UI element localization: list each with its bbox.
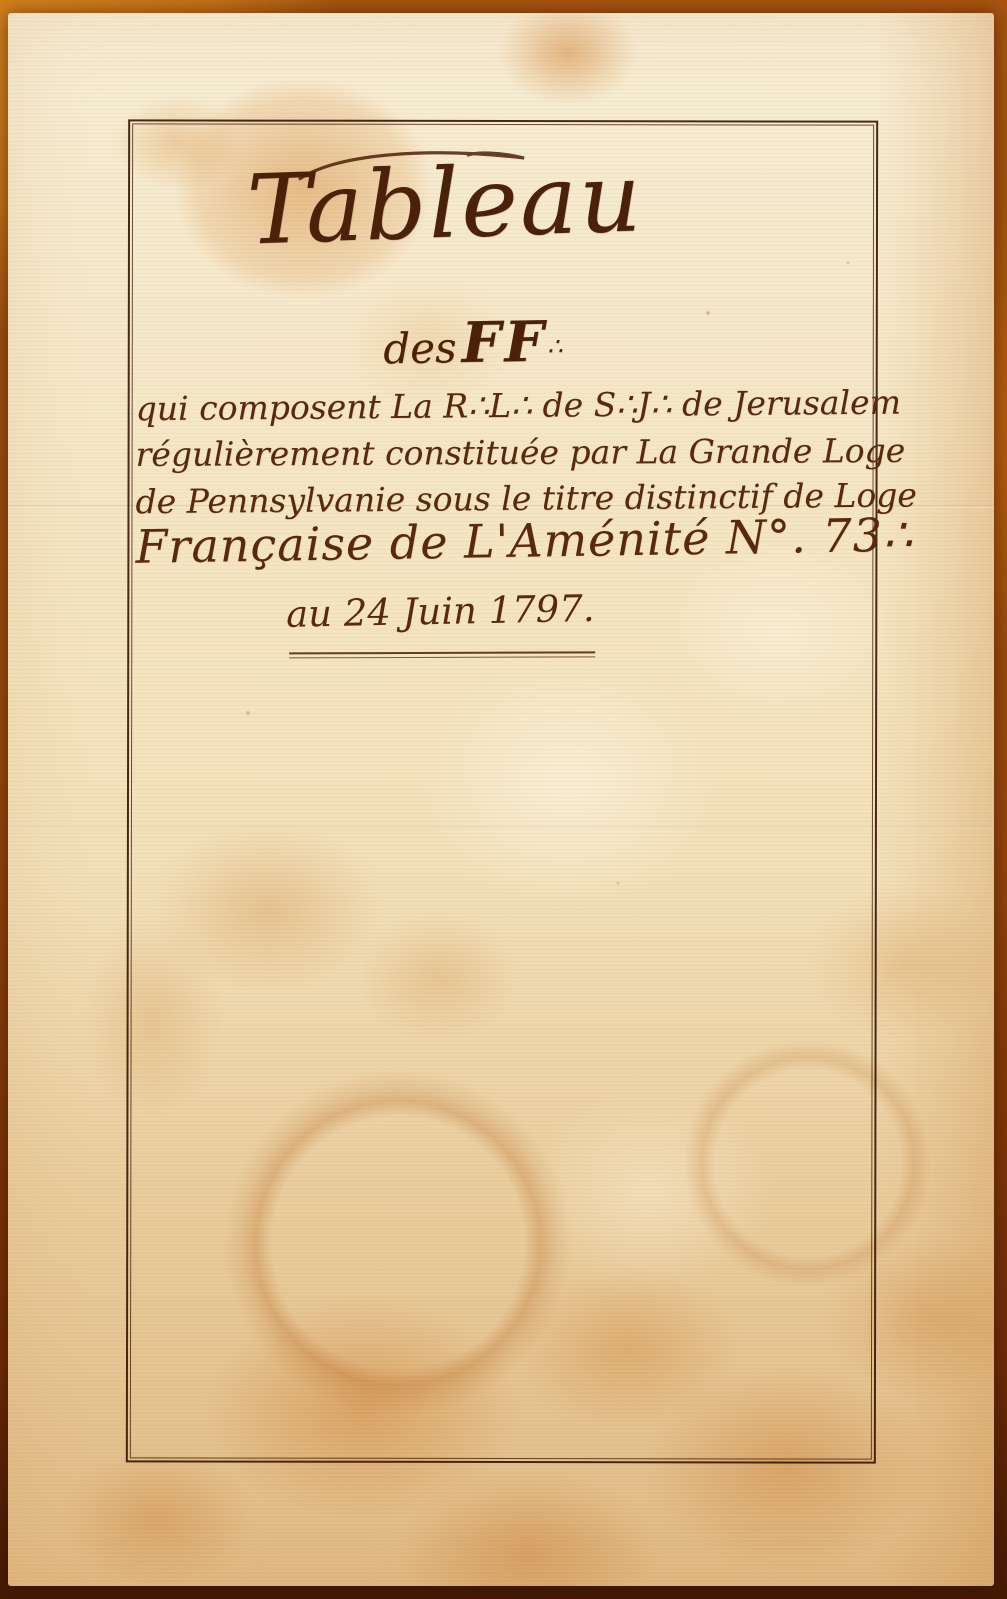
double-underline (289, 651, 595, 658)
body-line-2: régulièrement constituée par La Grande L… (135, 431, 873, 474)
subtitle-word: des (383, 323, 457, 373)
body-line-1: qui composent La R∴L∴ de S∴J∴ de Jerusal… (136, 383, 874, 428)
ink-border-frame: Tableau des FF∴ qui composent La R∴L∴ de… (126, 119, 878, 1463)
subtitle: des FF∴ (99, 304, 846, 382)
manuscript-page: Tableau des FF∴ qui composent La R∴L∴ de… (8, 13, 994, 1586)
masonic-points-icon: ∴ (547, 333, 563, 361)
subtitle-initials: FF (461, 309, 548, 376)
photo-background-wood: Tableau des FF∴ qui composent La R∴L∴ de… (0, 0, 1007, 1599)
